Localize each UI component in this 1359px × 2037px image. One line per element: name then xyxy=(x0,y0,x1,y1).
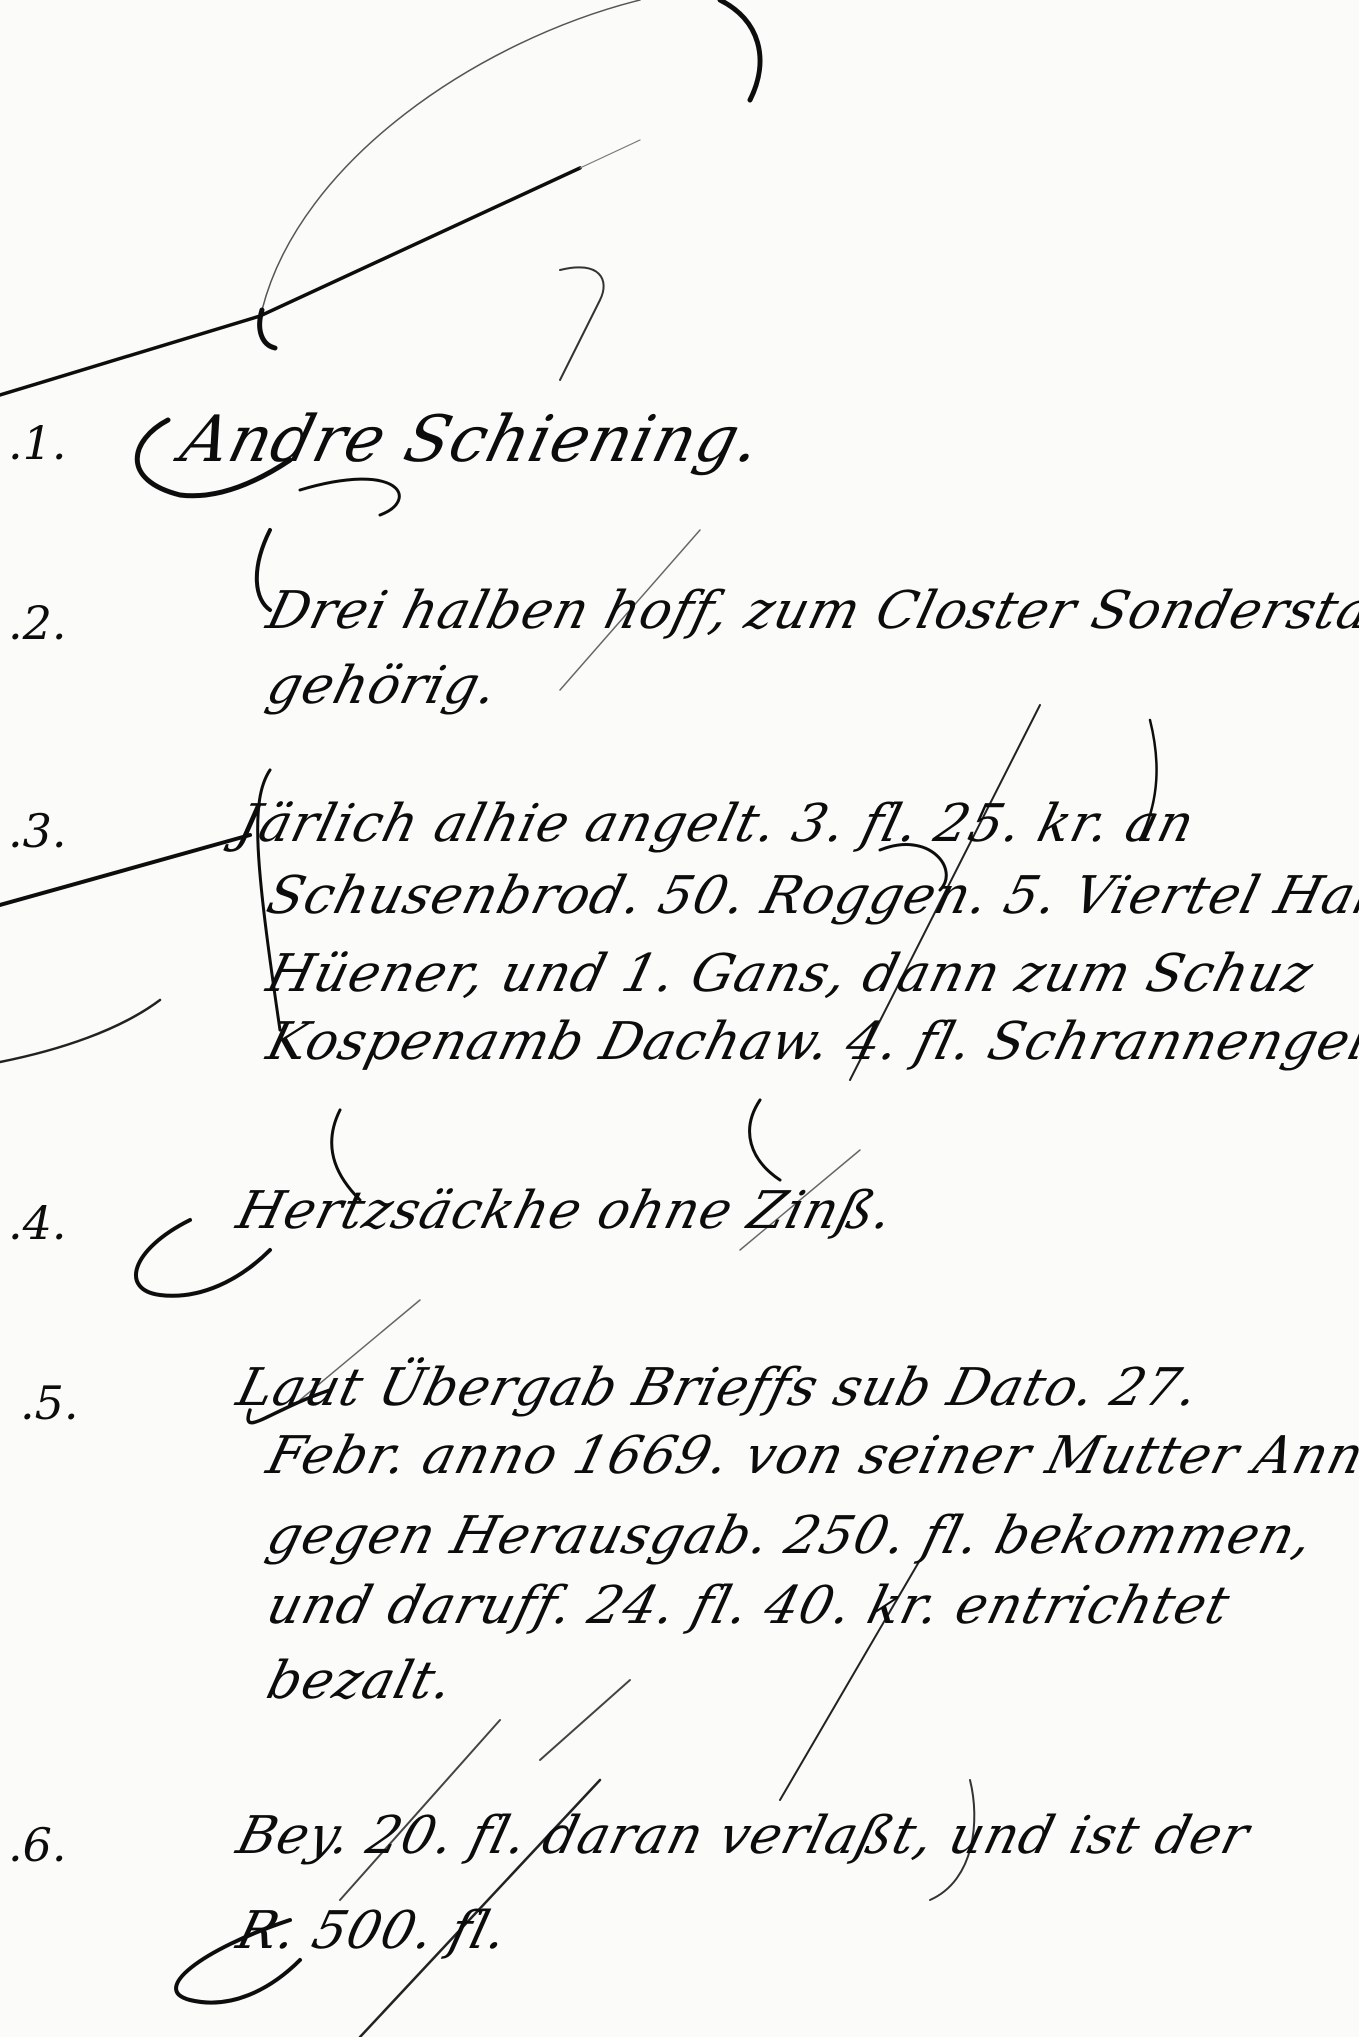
entry-line: R. 500. fl. xyxy=(232,1905,513,1957)
entry-line: Schusenbrod. 50. Roggen. 5. Viertel Habe… xyxy=(262,870,1359,922)
entry-line: Järlich alhie angelt. 3. fl. 25. kr. an xyxy=(232,798,1200,850)
entry-line: bezalt. xyxy=(262,1655,458,1707)
entry-number: .1. xyxy=(8,420,67,466)
entry-line: Febr. anno 1669. von seiner Mutter Anna, xyxy=(262,1430,1359,1482)
entry-line: und daruff. 24. fl. 40. kr. entrichtet xyxy=(262,1580,1235,1632)
manuscript-page: .1. Andre Schiening. .2. Drei halben hof… xyxy=(0,0,1359,2037)
entry-number: .5. xyxy=(20,1380,79,1426)
entry-number: .3. xyxy=(8,808,67,854)
entry-line: Drei halben hoff, zum Closter Sonderstal… xyxy=(262,585,1359,637)
entry-line: Kospenamb Dachaw. 4. fl. Schrannengelt. xyxy=(262,1016,1359,1068)
entry-number: .4. xyxy=(8,1200,67,1246)
entry-line: gegen Herausgab. 250. fl. bekommen, xyxy=(262,1510,1318,1562)
entry-number: .2. xyxy=(8,600,67,646)
entry-number: .6. xyxy=(8,1822,67,1868)
entry-heading: Andre Schiening. xyxy=(175,408,768,472)
entry-line: Laut Übergab Brieffs sub Dato. 27. xyxy=(232,1362,1204,1414)
entry-line: Hertzsäckhe ohne Zinß. xyxy=(232,1185,898,1237)
entry-line: Bey. 20. fl. daran verlaßt, und ist der xyxy=(232,1810,1255,1862)
entry-line: Hüener, und 1. Gans, dann zum Schuz xyxy=(262,948,1318,1000)
entry-line: gehörig. xyxy=(262,660,503,712)
